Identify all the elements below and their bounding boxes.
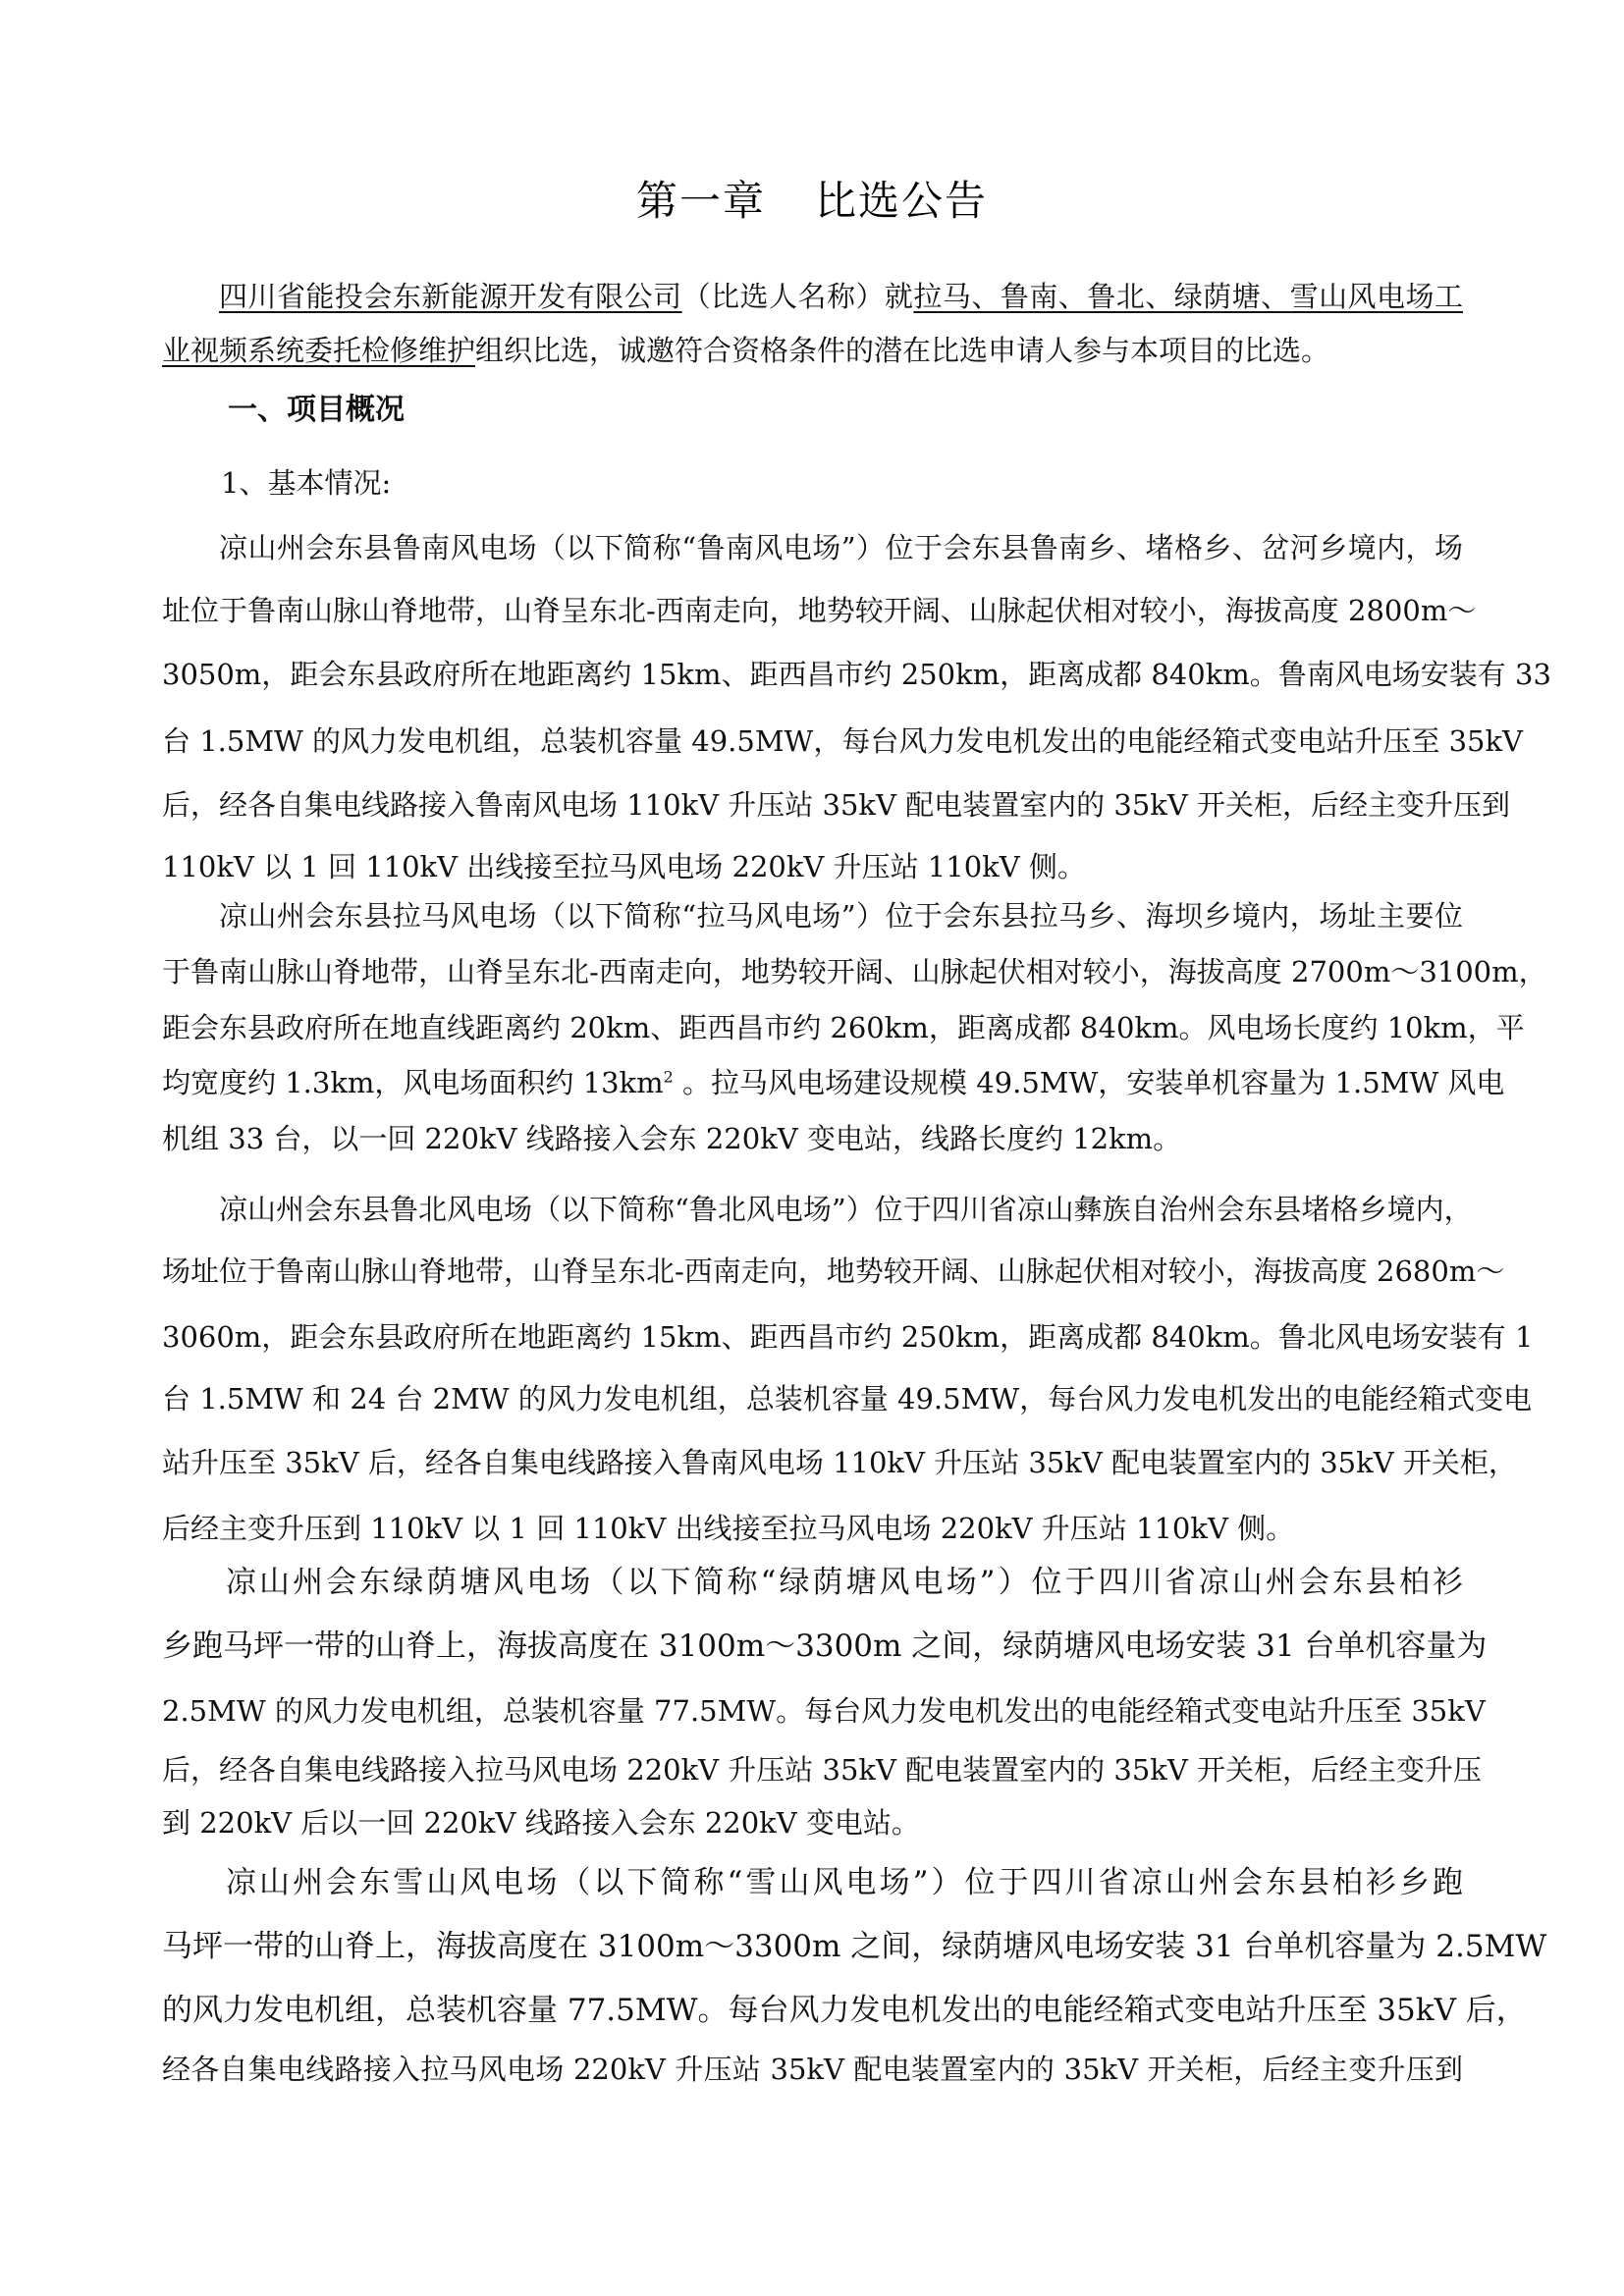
text-line: 后经主变升压到 110kV 以 1 回 110kV 出线接至拉马风电场 220k… bbox=[162, 1511, 1463, 1546]
text-line: 后，经各自集电线路接入拉马风电场 220kV 升压站 35kV 配电装置室内的 … bbox=[162, 1752, 1463, 1788]
text-line: 到 220kV 后以一回 220kV 线路接入会东 220kV 变电站。 bbox=[162, 1805, 1463, 1841]
intro-rest: 组织比选，诚邀符合资格条件的潜在比选申请人参与本项目的比选。 bbox=[475, 334, 1329, 367]
superscript: 2 bbox=[664, 1067, 674, 1086]
text-line: 于鲁南山脉山脊地带，山脊呈东北-西南走向，地势较开阔、山脉起伏相对较小，海拔高度… bbox=[162, 954, 1463, 989]
subsection-heading: 1、基本情况: bbox=[221, 465, 391, 501]
text-line: 2.5MW 的风力发电机组，总装机容量 77.5MW。每台风力发电机发出的电能经… bbox=[162, 1693, 1463, 1729]
text-line: 机组 33 台，以一回 220kV 线路接入会东 220kV 变电站，线路长度约… bbox=[162, 1121, 1463, 1156]
text-line: 后，经各自集电线路接入鲁南风电场 110kV 升压站 35kV 配电装置室内的 … bbox=[162, 787, 1463, 823]
text-line: 凉山州会东县鲁南风电场（以下简称“鲁南风电场”）位于会东县鲁南乡、堵格乡、岔河乡… bbox=[219, 530, 1463, 565]
text-line: 3050m，距会东县政府所在地距离约 15km、距西昌市约 250km，距离成都… bbox=[162, 657, 1463, 692]
text-line: 台 1.5MW 和 24 台 2MW 的风力发电机组，总装机容量 49.5MW，… bbox=[162, 1381, 1463, 1416]
page-title: 第一章比选公告 bbox=[0, 177, 1624, 226]
text-line: 址位于鲁南山脉山脊地带，山脊呈东北-西南走向，地势较开阔、山脉起伏相对较小，海拔… bbox=[162, 593, 1463, 628]
text-line: 凉山州会东绿荫塘风电场（以下简称“绿荫塘风电场”）位于四川省凉山州会东县柏衫 bbox=[226, 1564, 1463, 1601]
text-line: 的风力发电机组，总装机容量 77.5MW。每台风力发电机发出的电能经箱式变电站升… bbox=[162, 1992, 1463, 2029]
section-heading: 一、项目概况 bbox=[228, 393, 405, 428]
text-line: 均宽度约 1.3km，风电场面积约 13km2 。拉马风电场建设规模 49.5M… bbox=[162, 1065, 1463, 1100]
text-line: 凉山州会东雪山风电场（以下简称“雪山风电场”）位于四川省凉山州会东县柏衫乡跑 bbox=[226, 1864, 1463, 1901]
bidder-role-note: （比选人名称）就 bbox=[682, 280, 914, 313]
text-line: 3060m，距会东县政府所在地距离约 15km、距西昌市约 250km，距离成都… bbox=[162, 1319, 1463, 1355]
intro-line-1: 四川省能投会东新能源开发有限公司（比选人名称）就拉马、鲁南、鲁北、绿荫塘、雪山风… bbox=[219, 279, 1463, 314]
text-line: 台 1.5MW 的风力发电机组，总装机容量 49.5MW，每台风力发电机发出的电… bbox=[162, 723, 1463, 759]
text-line: 凉山州会东县拉马风电场（以下简称“拉马风电场”）位于会东县拉马乡、海坝乡境内，场… bbox=[219, 898, 1463, 934]
text-line: 经各自集电线路接入拉马风电场 220kV 升压站 35kV 配电装置室内的 35… bbox=[162, 2052, 1463, 2087]
text-line: 110kV 以 1 回 110kV 出线接至拉马风电场 220kV 升压站 11… bbox=[162, 849, 1463, 884]
project-name-part2: 业视频系统委托检修维护 bbox=[162, 334, 475, 367]
text-segment: 均宽度约 1.3km，风电场面积约 13km bbox=[162, 1066, 664, 1099]
text-line: 乡跑马坪一带的山脊上，海拔高度在 3100m～3300m 之间，绿荫塘风电场安装… bbox=[162, 1628, 1463, 1665]
text-line: 站升压至 35kV 后，经各自集电线路接入鲁南风电场 110kV 升压站 35k… bbox=[162, 1445, 1463, 1480]
project-name-part1: 拉马、鲁南、鲁北、绿荫塘、雪山风电场工 bbox=[913, 280, 1463, 313]
text-line: 场址位于鲁南山脉山脊地带，山脊呈东北-西南走向，地势较开阔、山脉起伏相对较小，海… bbox=[162, 1254, 1463, 1289]
text-line: 马坪一带的山脊上，海拔高度在 3100m～3300m 之间，绿荫塘风电场安装 3… bbox=[162, 1928, 1463, 1965]
text-line: 凉山州会东县鲁北风电场（以下简称“鲁北风电场”）位于四川省凉山彝族自治州会东县堵… bbox=[219, 1192, 1463, 1227]
chapter-number: 第一章 bbox=[636, 177, 766, 225]
text-segment: 。拉马风电场建设规模 49.5MW，安装单机容量为 1.5MW 风电 bbox=[674, 1066, 1505, 1099]
intro-line-2: 业视频系统委托检修维护组织比选，诚邀符合资格条件的潜在比选申请人参与本项目的比选… bbox=[162, 333, 1463, 368]
chapter-title: 比选公告 bbox=[815, 177, 988, 225]
bidder-name: 四川省能投会东新能源开发有限公司 bbox=[219, 280, 682, 313]
text-line: 距会东县政府所在地直线距离约 20km、距西昌市约 260km，距离成都 840… bbox=[162, 1010, 1463, 1045]
